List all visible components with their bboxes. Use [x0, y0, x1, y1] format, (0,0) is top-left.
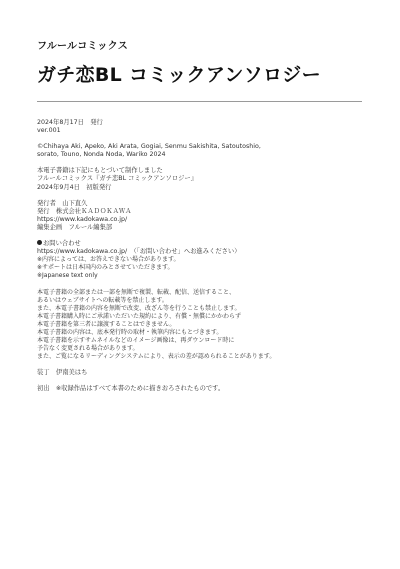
divider — [37, 101, 362, 102]
publisher-url[interactable]: https://www.kadokawa.co.jp/ — [37, 216, 367, 224]
copyright-line: sorato, Touno, Nonda Noda, Wariko 2024 — [37, 151, 367, 159]
version: ver.001 — [37, 127, 367, 135]
contact-note: ※Japanese text only — [37, 272, 367, 280]
contact-block: お問い合わせ https://www.kadokawa.co.jp/ （「お問い… — [37, 240, 367, 280]
design-credit-block: 装丁 伊南美はち — [37, 369, 367, 377]
legal-line: 本電子書籍を第三者に譲渡することはできません。 — [37, 321, 367, 329]
legal-line: あるいはウェブサイトへの転載等を禁止します。 — [37, 297, 367, 305]
contact-note: ※サポートは日本国内のみとさせていただきます。 — [37, 264, 367, 272]
publisher-company: 発行 株式会社ＫＡＤＯＫＡＷＡ — [37, 208, 367, 216]
first-appearance: 初出 ※収録作品はすべて本書のために描きおろされたものです。 — [37, 385, 367, 393]
design-credit: 装丁 伊南美はち — [37, 369, 367, 377]
publisher-person: 発行者 山下直久 — [37, 200, 367, 208]
publication-info: 2024年8月17日 発行 ver.001 — [37, 119, 367, 135]
legal-line: 本電子書籍購入時にご承諾いただいた規約により、有償・無償にかかわらず — [37, 313, 367, 321]
legal-block: 本電子書籍の全部または一部を無断で複製、転載、配信、送信すること、 あるいはウェ… — [37, 289, 367, 362]
copyright-block: ©Chihaya Aki, Apeko, Aki Arata, Gogiai, … — [37, 143, 367, 159]
source-title: フルールコミックス『ガチ恋BL コミックアンソロジー』 — [37, 175, 367, 183]
imprint-label: フルールコミックス — [37, 37, 128, 52]
source-block: 本電子書籍は下記にもとづいて制作しました フルールコミックス『ガチ恋BL コミッ… — [37, 167, 367, 191]
bullet-icon — [37, 240, 42, 245]
colophon-body: 2024年8月17日 発行 ver.001 ©Chihaya Aki, Apek… — [37, 119, 367, 402]
publication-date: 2024年8月17日 発行 — [37, 119, 367, 127]
legal-line: また、ご覧になるリーディングシステムにより、表示の差が認められることがあります。 — [37, 353, 367, 361]
legal-line: 本電子書籍の内容は、底本発行時の取材・執筆内容にもとづきます。 — [37, 329, 367, 337]
legal-line: 本電子書籍の全部または一部を無断で複製、転載、配信、送信すること、 — [37, 289, 367, 297]
contact-url[interactable]: https://www.kadokawa.co.jp/ （「お問い合わせ」へお進… — [37, 248, 367, 256]
contact-heading: お問い合わせ — [37, 240, 367, 248]
book-title: ガチ恋BL コミックアンソロジー — [37, 60, 321, 87]
source-date: 2024年9月4日 初版発行 — [37, 184, 367, 192]
contact-heading-text: お問い合わせ — [43, 240, 81, 247]
publisher-block: 発行者 山下直久 発行 株式会社ＫＡＤＯＫＡＷＡ https://www.kad… — [37, 200, 367, 232]
legal-line: 本電子書籍を示すサムネイルなどのイメージ画像は、再ダウンロード時に — [37, 337, 367, 345]
legal-line: また、本電子書籍の内容を無断で改変、改ざん等を行うことも禁止します。 — [37, 305, 367, 313]
copyright-line: ©Chihaya Aki, Apeko, Aki Arata, Gogiai, … — [37, 143, 367, 151]
editorial-dept: 編集企画 フルール編集部 — [37, 224, 367, 232]
first-appearance-block: 初出 ※収録作品はすべて本書のために描きおろされたものです。 — [37, 385, 367, 393]
